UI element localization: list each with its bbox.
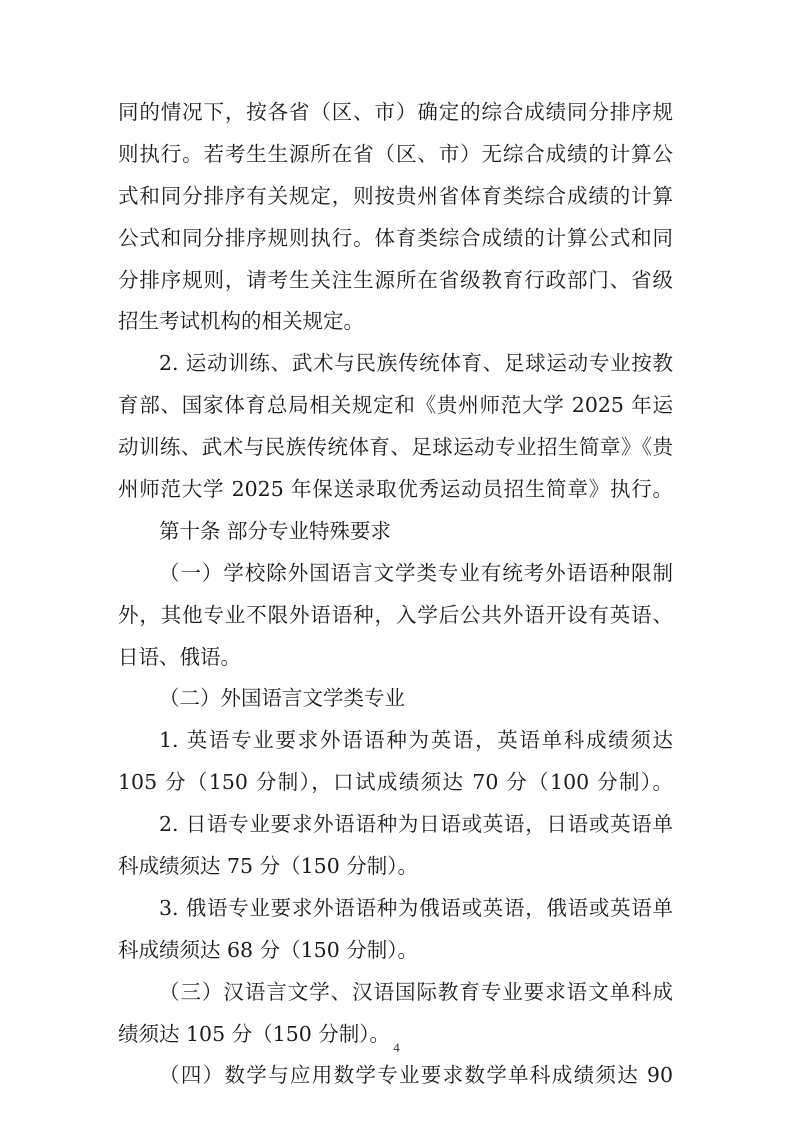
text-line: 育部、国家体育总局相关规定和《贵州师范大学 2025 年运 (118, 385, 673, 427)
article-heading: 第十条 部分专业特殊要求 (118, 511, 673, 553)
paragraph-start: 2. 运动训练、武术与民族传统体育、足球运动专业按教 (118, 343, 673, 385)
text-line: 外，其他专业不限外语语种，入学后公共外语开设有英语、 (118, 595, 673, 637)
text-line: 式和同分排序有关规定，则按贵州省体育类综合成绩的计算 (118, 176, 673, 218)
text-line: 动训练、武术与民族传统体育、足球运动专业招生简章》《贵 (118, 427, 673, 469)
paragraph-start: （四）数学与应用数学专业要求数学单科成绩须达 90 (118, 1055, 673, 1097)
paragraph-start: 2. 日语专业要求外语语种为日语或英语，日语或英语单 (118, 804, 673, 846)
paragraph-start: （三）汉语言文学、汉语国际教育专业要求语文单科成 (118, 972, 673, 1014)
text-line: 科成绩须达 68 分（150 分制）。 (118, 930, 673, 972)
body-text: 同的情况下，按各省（区、市）确定的综合成绩同分排序规 则执行。若考生生源所在省（… (118, 92, 673, 1097)
text-line: 公式和同分排序规则执行。体育类综合成绩的计算公式和同 (118, 218, 673, 260)
text-line: 分排序规则，请考生关注生源所在省级教育行政部门、省级 (118, 260, 673, 302)
text-line: 则执行。若考生生源所在省（区、市）无综合成绩的计算公 (118, 134, 673, 176)
section-heading: （二）外国语言文学类专业 (118, 678, 673, 720)
paragraph-start: 1. 英语专业要求外语语种为英语，英语单科成绩须达 (118, 720, 673, 762)
page-number: 4 (0, 1040, 793, 1056)
document-page: 同的情况下，按各省（区、市）确定的综合成绩同分排序规 则执行。若考生生源所在省（… (0, 0, 793, 1122)
text-line: 招生考试机构的相关规定。 (118, 301, 673, 343)
text-line: 日语、俄语。 (118, 637, 673, 679)
paragraph-start: （一）学校除外国语言文学类专业有统考外语语种限制 (118, 553, 673, 595)
paragraph-start: 3. 俄语专业要求外语语种为俄语或英语，俄语或英语单 (118, 888, 673, 930)
text-line: 同的情况下，按各省（区、市）确定的综合成绩同分排序规 (118, 92, 673, 134)
text-line: 科成绩须达 75 分（150 分制）。 (118, 846, 673, 888)
text-line: 105 分（150 分制），口试成绩须达 70 分（100 分制）。 (118, 762, 673, 804)
text-line: 州师范大学 2025 年保送录取优秀运动员招生简章》执行。 (118, 469, 673, 511)
